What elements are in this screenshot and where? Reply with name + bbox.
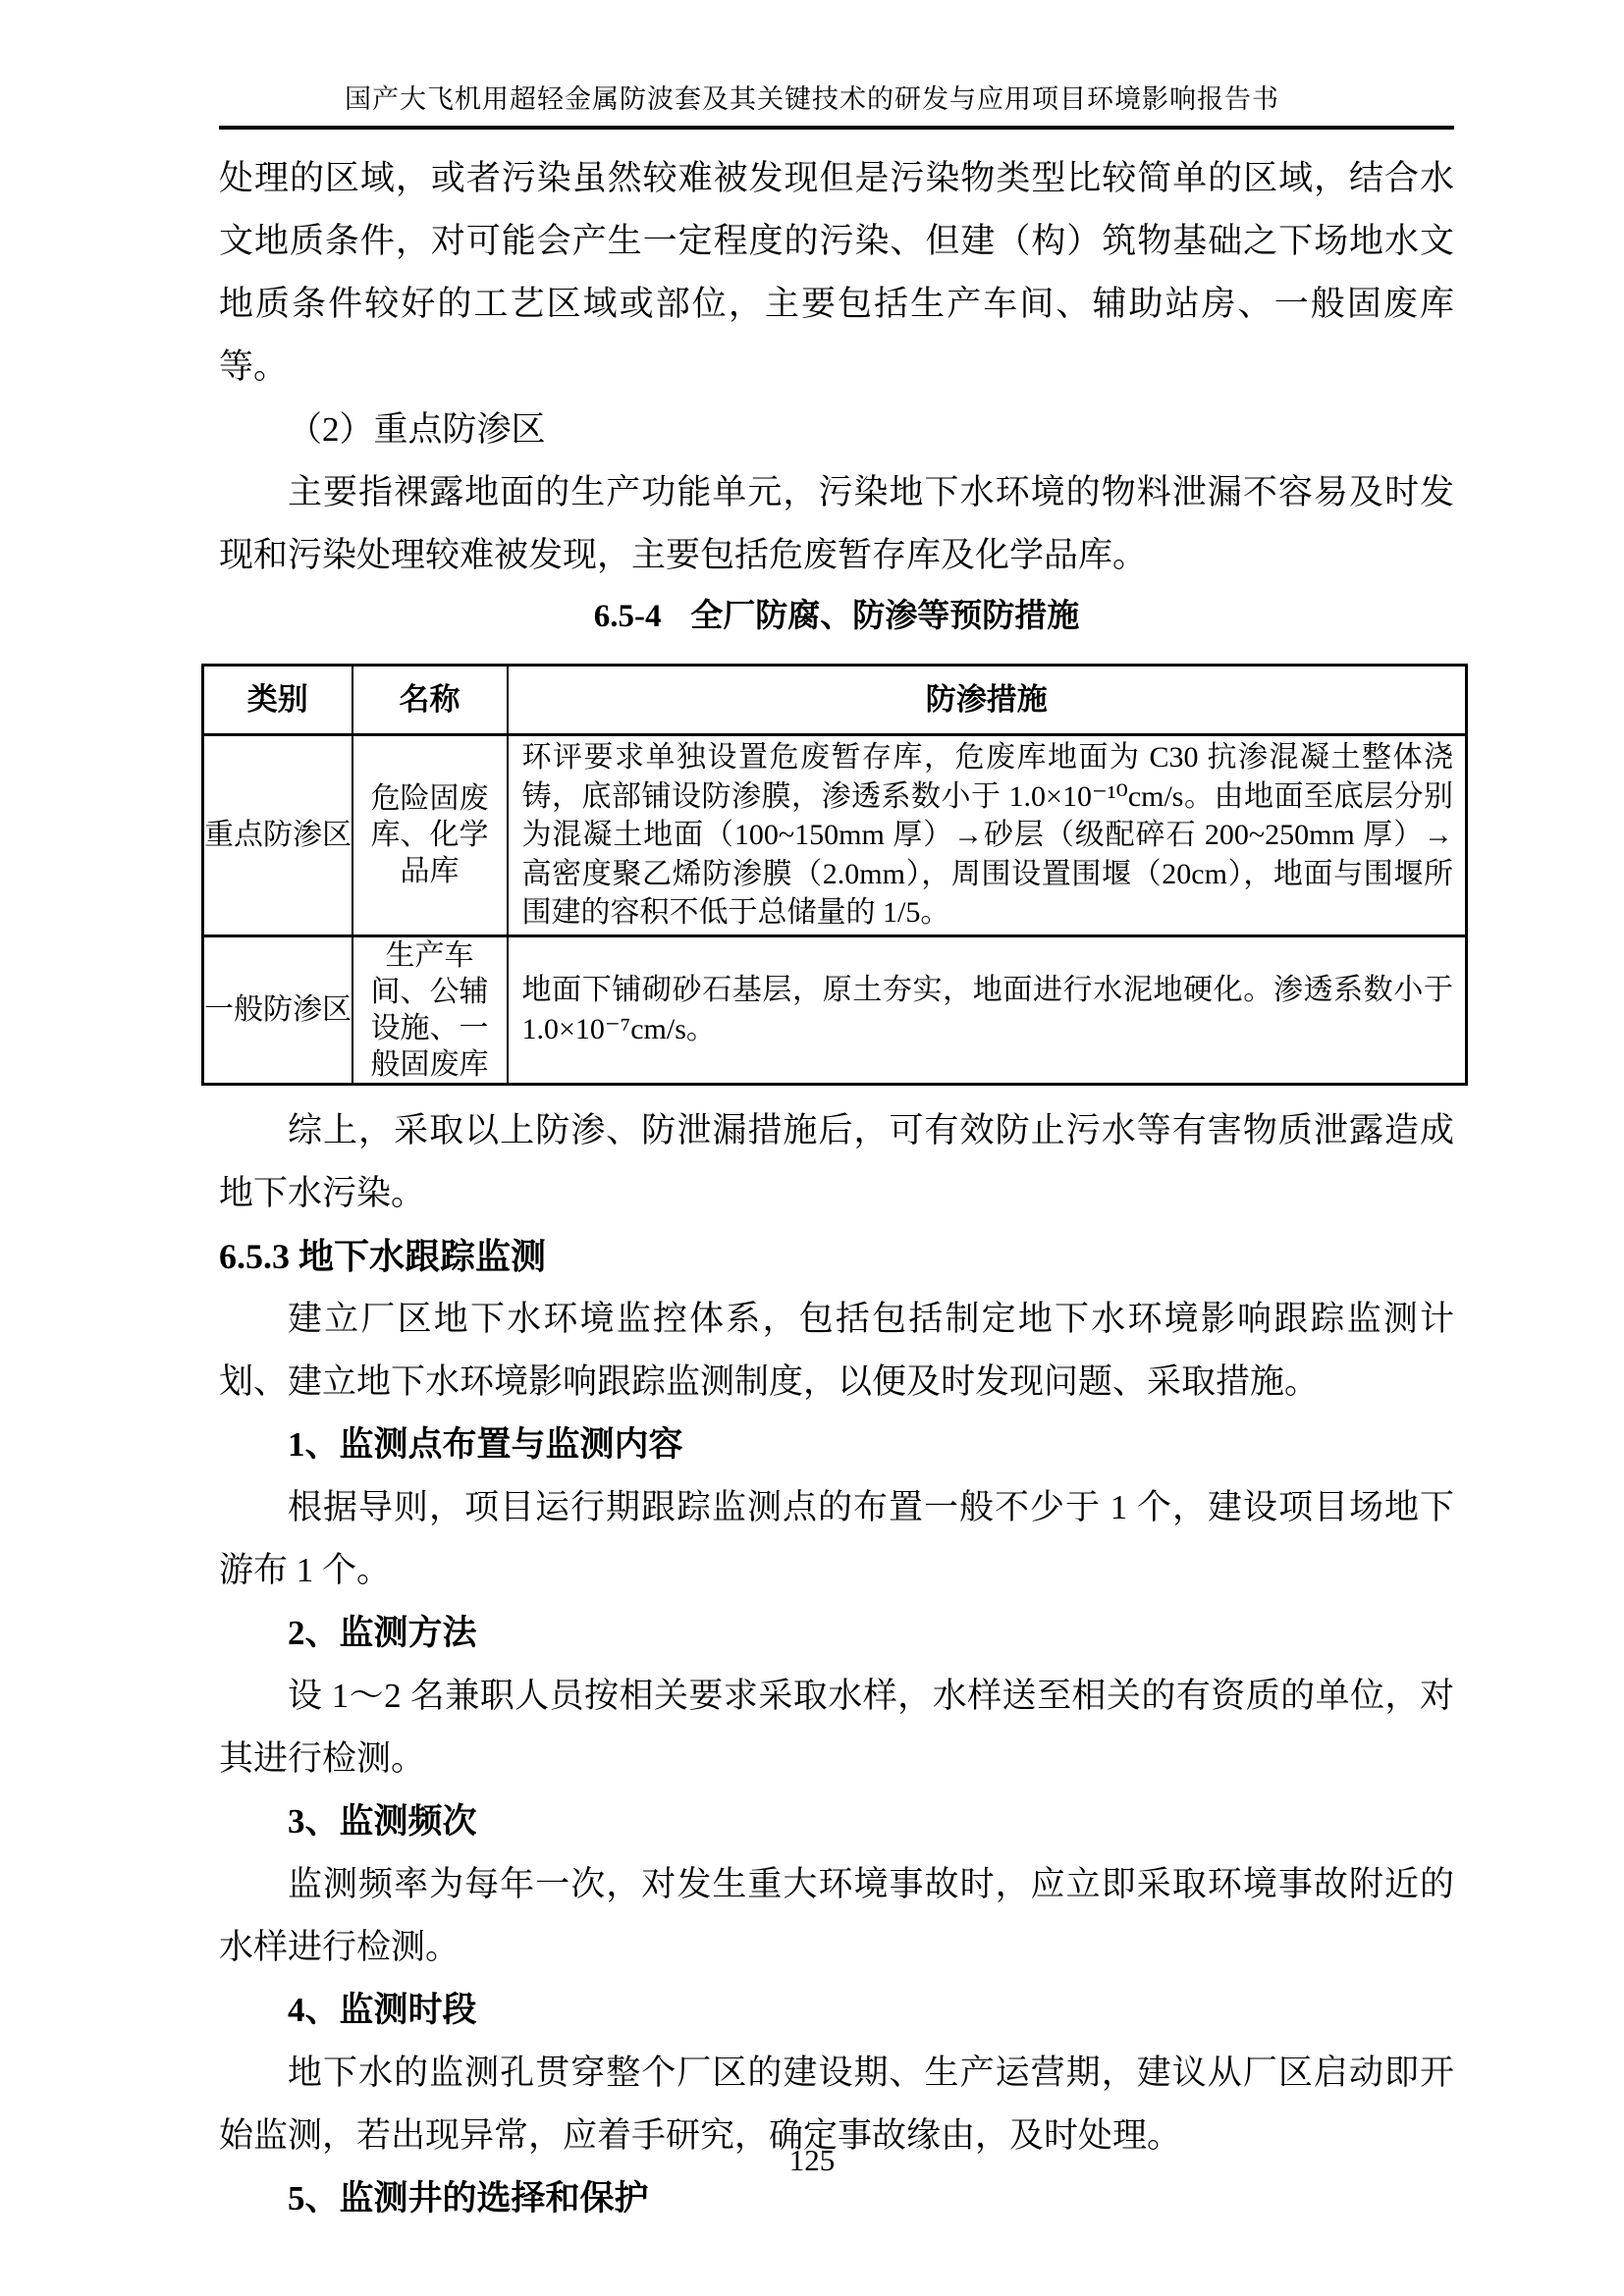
- cell-category: 一般防渗区: [203, 935, 352, 1084]
- subsection-heading-4: 4、监测时段: [219, 1979, 1454, 2042]
- table-row: 一般防渗区 生产车间、公辅设施、一般固废库 地面下铺砌砂石基层，原土夯实，地面进…: [203, 935, 1467, 1084]
- table-header-row: 类别 名称 防渗措施: [203, 666, 1467, 735]
- table-header-category: 类别: [203, 666, 352, 735]
- paragraph-summary: 综上，采取以上防渗、防泄漏措施后，可有效防止污水等有害物质泄露造成地下水污染。: [219, 1099, 1454, 1225]
- table-header-measure: 防渗措施: [508, 666, 1467, 735]
- header-title: 国产大飞机用超轻金属防波套及其关键技术的研发与应用项目环境影响报告书: [0, 82, 1624, 116]
- table-row: 重点防渗区 危险固废库、化学品库 环评要求单独设置危废暂存库，危废库地面为 C3…: [203, 735, 1467, 936]
- seepage-prevention-table: 类别 名称 防渗措施 重点防渗区 危险固废库、化学品库 环评要求单独设置危废暂存…: [201, 664, 1468, 1086]
- subsection-paragraph-1: 根据导则，项目运行期跟踪监测点的布置一般不少于 1 个，建设项目场地下游布 1 …: [219, 1476, 1454, 1602]
- paragraph-item2: （2）重点防渗区: [219, 399, 1454, 461]
- table-caption: 6.5-4全厂防腐、防渗等预防措施: [219, 587, 1454, 646]
- cell-category: 重点防渗区: [203, 735, 352, 936]
- subsection-heading-1: 1、监测点布置与监测内容: [219, 1414, 1454, 1476]
- page-number: 125: [0, 2143, 1624, 2178]
- subsection-heading-3: 3、监测频次: [219, 1790, 1454, 1853]
- table-caption-number: 6.5-4: [594, 599, 662, 634]
- subsection-heading-2: 2、监测方法: [219, 1602, 1454, 1665]
- table-caption-title: 全厂防腐、防渗等预防措施: [690, 599, 1079, 634]
- subsection-paragraph-3: 监测频率为每年一次，对发生重大环境事故时，应立即采取环境事故附近的水样进行检测。: [219, 1853, 1454, 1979]
- cell-name: 危险固废库、化学品库: [352, 735, 508, 936]
- document-content: 处理的区域，或者污染虽然较难被发现但是污染物类型比较简单的区域，结合水文地质条件…: [219, 147, 1454, 2230]
- cell-name: 生产车间、公辅设施、一般固废库: [352, 935, 508, 1084]
- section-heading-653: 6.5.3 地下水跟踪监测: [219, 1225, 1454, 1288]
- paragraph-intro: 处理的区域，或者污染虽然较难被发现但是污染物类型比较简单的区域，结合水文地质条件…: [219, 147, 1454, 399]
- subsection-paragraph-2: 设 1～2 名兼职人员按相关要求采取水样，水样送至相关的有资质的单位，对其进行检…: [219, 1665, 1454, 1790]
- paragraph-key-zone: 主要指裸露地面的生产功能单元，污染地下水环境的物料泄漏不容易及时发现和污染处理较…: [219, 461, 1454, 587]
- document-page: 国产大飞机用超轻金属防波套及其关键技术的研发与应用项目环境影响报告书 处理的区域…: [0, 0, 1624, 2296]
- cell-measure: 地面下铺砌砂石基层，原土夯实，地面进行水泥地硬化。渗透系数小于 1.0×10⁻⁷…: [508, 935, 1467, 1084]
- cell-measure: 环评要求单独设置危废暂存库，危废库地面为 C30 抗渗混凝土整体浇铸，底部铺设防…: [508, 735, 1467, 936]
- table-header-name: 名称: [352, 666, 508, 735]
- paragraph-653-intro: 建立厂区地下水环境监控体系，包括包括制定地下水环境影响跟踪监测计划、建立地下水环…: [219, 1288, 1454, 1414]
- header-rule: [219, 126, 1454, 130]
